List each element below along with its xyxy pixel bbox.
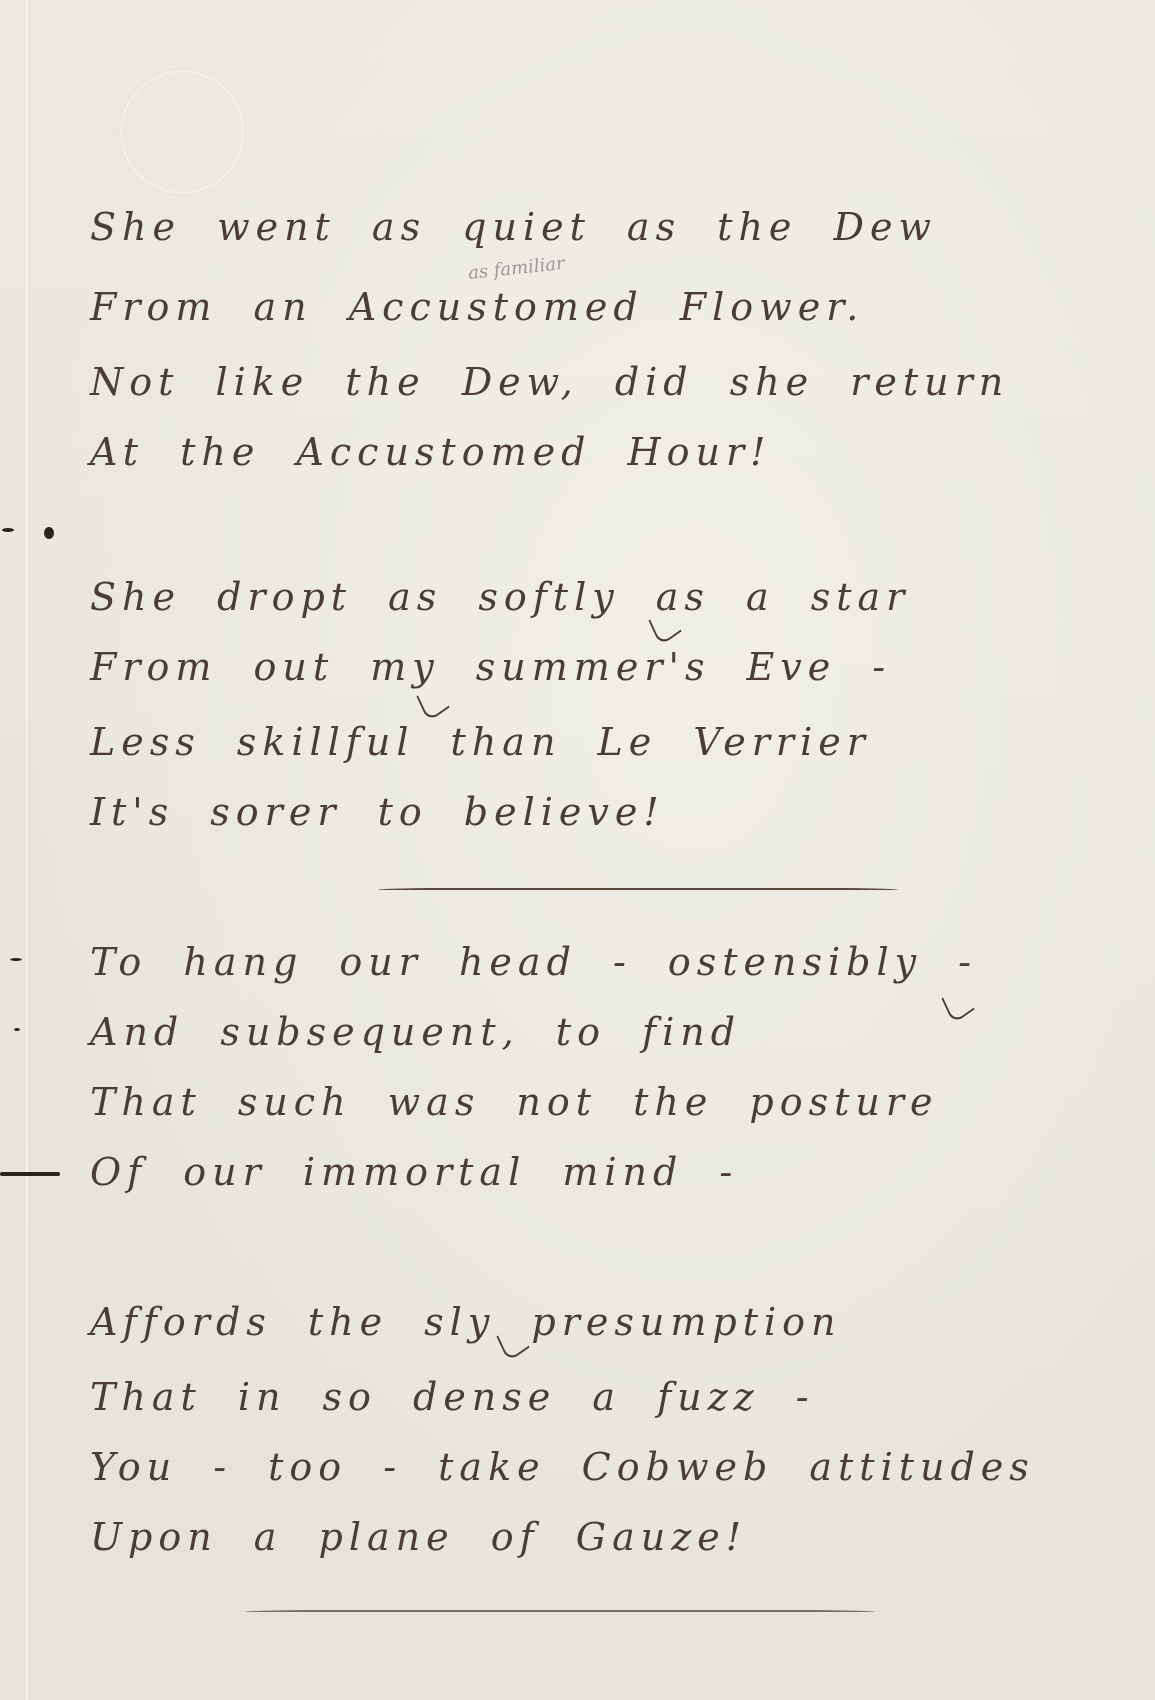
- stanza-2-line-3: Less skillful than Le Verrier: [90, 720, 871, 764]
- stanza-4-line-4: Upon a plane of Gauze!: [90, 1515, 747, 1559]
- stanza-1-line-3: Not like the Dew, did she return: [90, 360, 1009, 404]
- stanza-3-line-1: To hang our head - ostensibly -: [90, 940, 977, 984]
- section-divider: [245, 1610, 875, 1612]
- stanza-2-line-1: She dropt as softly as a star: [90, 575, 910, 619]
- stanza-4-line-3: You - too - take Cobweb attitudes: [90, 1445, 1035, 1489]
- stanza-3-line-3: That such was not the posture: [90, 1080, 939, 1124]
- margin-ink-mark: [0, 1172, 60, 1176]
- stanza-1-line-1: She went as quiet as the Dew: [90, 205, 937, 249]
- margin-ink-mark: [44, 527, 54, 539]
- margin-ink-mark: [2, 528, 14, 532]
- stanza-1-line-4: At the Accustomed Hour!: [90, 430, 771, 474]
- stanza-4-line-2: That in so dense a fuzz -: [90, 1375, 815, 1419]
- stanza-2-line-2: From out my summer's Eve -: [90, 645, 891, 689]
- embossed-stamp: [120, 70, 244, 194]
- section-divider: [378, 888, 898, 890]
- stanza-3-line-4: Of our immortal mind -: [90, 1150, 738, 1194]
- stanza-3-line-2: And subsequent, to find: [90, 1010, 741, 1054]
- pencil-annotation: as familiar: [467, 253, 565, 284]
- margin-ink-mark: [10, 958, 22, 961]
- stanza-1-line-2: From an Accustomed Flower.: [90, 285, 864, 329]
- stanza-4-line-1: Affords the sly presumption: [90, 1300, 841, 1344]
- stanza-2-line-4: It's sorer to believe!: [90, 790, 665, 834]
- paper-fold-edge: [26, 0, 30, 1700]
- manuscript-page: She went as quiet as the Dew as familiar…: [0, 0, 1155, 1700]
- margin-ink-mark: [14, 1028, 20, 1031]
- check-mark-icon: [941, 984, 974, 1025]
